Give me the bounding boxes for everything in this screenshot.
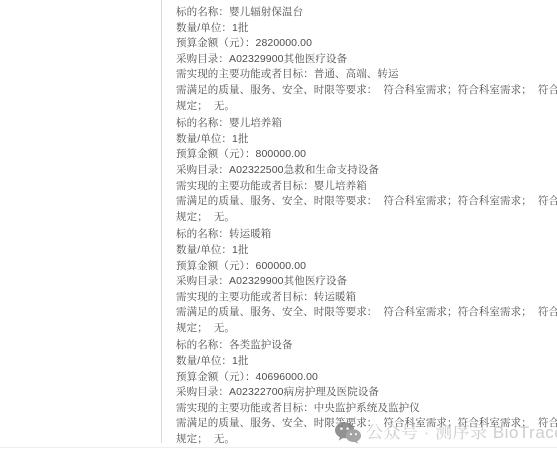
item-catalog-line: 采购目录：A02322500急救和生命支持设备: [176, 163, 557, 179]
item-requirements-line: 需满足的质量、服务、安全、时限等要求： 符合科室需求；符合科室需求； 符合相关: [176, 194, 557, 210]
item-requirements-line-2: 规定； 无。: [176, 210, 557, 226]
procurement-item-block: 标的名称：婴儿辐射保温台 数量/单位：1批 预算金额（元）：2820000.00…: [176, 5, 557, 114]
item-requirements-line-2: 规定； 无。: [176, 432, 557, 448]
bottom-divider-line: [0, 447, 557, 448]
item-name-line: 标的名称：婴儿辐射保温台: [176, 5, 557, 21]
item-quantity-line: 数量/单位：1批: [176, 243, 557, 259]
item-name-line: 标的名称：婴儿培养箱: [176, 116, 557, 132]
item-function-line: 需实现的主要功能或者目标：婴儿培养箱: [176, 179, 557, 195]
item-requirements-line: 需满足的质量、服务、安全、时限等要求： 符合科室需求；符合科室需求； 符合相关: [176, 83, 557, 99]
item-function-line: 需实现的主要功能或者目标：普通、高端、转运: [176, 67, 557, 83]
item-quantity-line: 数量/单位：1批: [176, 132, 557, 148]
procurement-item-block: 标的名称：婴儿培养箱 数量/单位：1批 预算金额（元）：800000.00 采购…: [176, 116, 557, 225]
item-budget-line: 预算金额（元）：800000.00: [176, 147, 557, 163]
item-requirements-line: 需满足的质量、服务、安全、时限等要求： 符合科室需求；符合科室需求； 符合相关: [176, 305, 557, 321]
item-budget-line: 预算金额（元）：40696000.00: [176, 370, 557, 386]
item-requirements-line: 需满足的质量、服务、安全、时限等要求： 符合科室需求；符合科室需求； 符合相关: [176, 416, 557, 432]
item-catalog-line: 采购目录：A02329900其他医疗设备: [176, 52, 557, 68]
item-requirements-line-2: 规定； 无。: [176, 321, 557, 337]
procurement-items-list: 标的名称：婴儿辐射保温台 数量/单位：1批 预算金额（元）：2820000.00…: [176, 5, 557, 450]
procurement-item-block: 标的名称：转运暖箱 数量/单位：1批 预算金额（元）：600000.00 采购目…: [176, 227, 557, 336]
item-requirements-line-2: 规定； 无。: [176, 99, 557, 115]
item-budget-line: 预算金额（元）：600000.00: [176, 259, 557, 275]
item-catalog-line: 采购目录：A02322700病房护理及医院设备: [176, 385, 557, 401]
item-budget-line: 预算金额（元）：2820000.00: [176, 36, 557, 52]
item-name-line: 标的名称：各类监护设备: [176, 338, 557, 354]
item-name-line: 标的名称：转运暖箱: [176, 227, 557, 243]
left-divider-line: [161, 0, 162, 443]
item-function-line: 需实现的主要功能或者目标：转运暖箱: [176, 290, 557, 306]
item-quantity-line: 数量/单位：1批: [176, 354, 557, 370]
item-function-line: 需实现的主要功能或者目标：中央监护系统及监护仪: [176, 401, 557, 417]
item-catalog-line: 采购目录：A02329900其他医疗设备: [176, 274, 557, 290]
procurement-item-block: 标的名称：各类监护设备 数量/单位：1批 预算金额（元）：40696000.00…: [176, 338, 557, 447]
item-quantity-line: 数量/单位：1批: [176, 21, 557, 37]
